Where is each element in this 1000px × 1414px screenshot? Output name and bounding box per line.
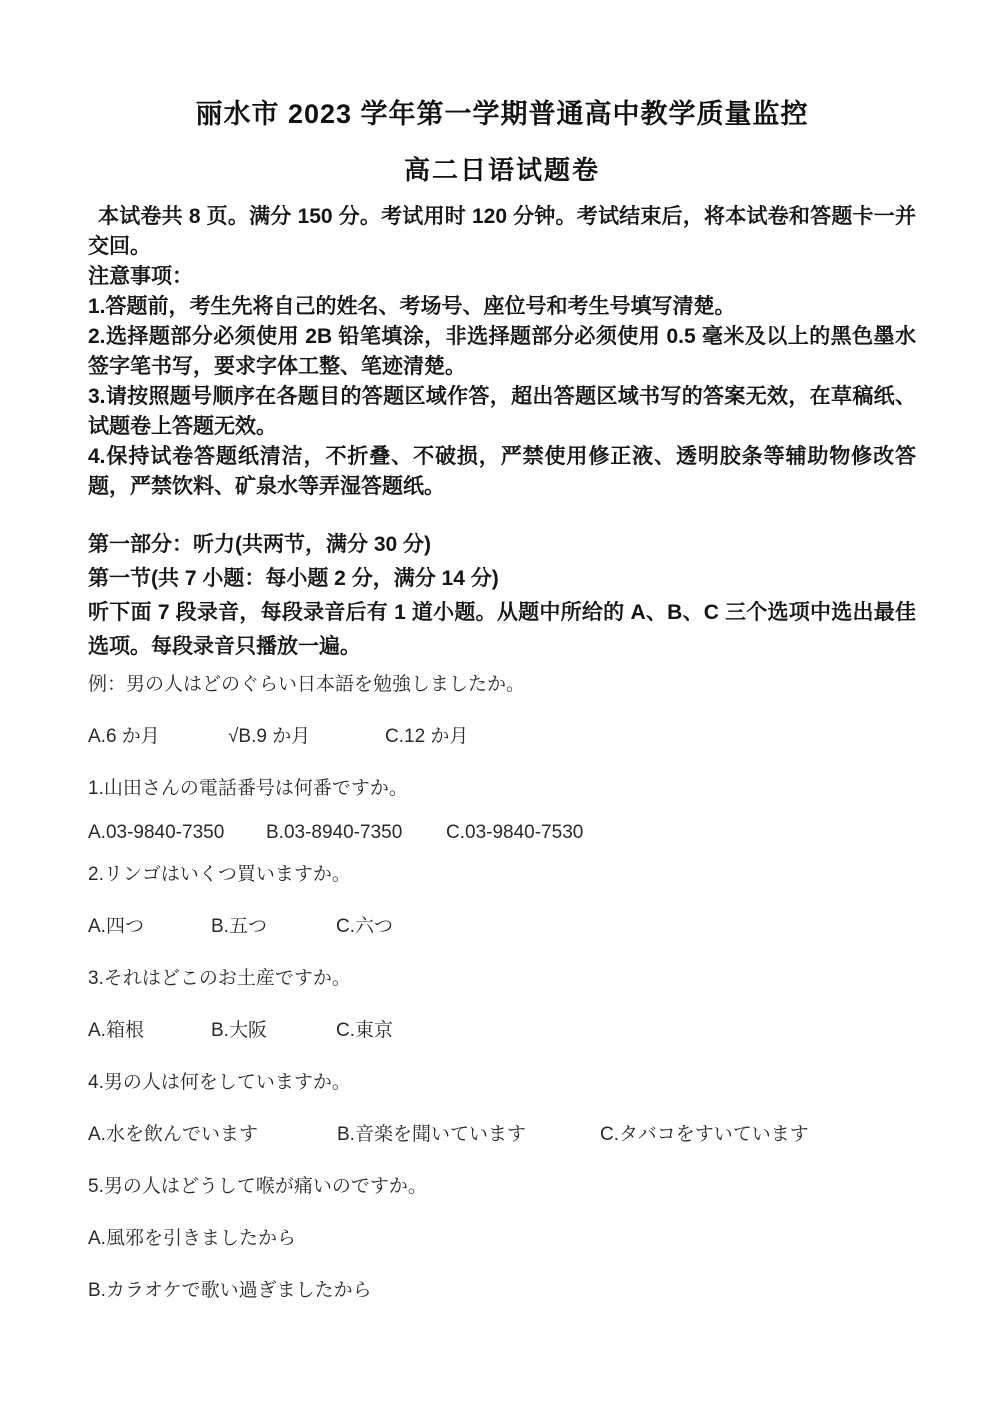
question-5-text: 5.男の人はどうして喉が痛いのですか。 xyxy=(88,1174,916,1200)
example-option-c: C.12 か月 xyxy=(385,724,468,750)
example-question-block: 例：男の人はどのぐらい日本語を勉強しましたか。 A.6 か月 √B.9 か月 C… xyxy=(88,672,916,750)
question-3-option-c: C.東京 xyxy=(336,1018,393,1044)
question-2-options: A.四つ B.五つ C.六つ xyxy=(88,914,916,940)
listening-section-header: 第一部分：听力(共两节，满分 30 分) 第一节(共 7 小题：每小题 2 分，… xyxy=(88,528,916,664)
question-5-option-a: A.風邪を引きましたから xyxy=(88,1226,916,1252)
question-2-option-a: A.四つ xyxy=(88,914,211,940)
section-instructions: 听下面 7 段录音，每段录音后有 1 道小题。从题中所给的 A、B、C 三个选项… xyxy=(88,596,916,664)
question-3-text: 3.それはどこのお土産ですか。 xyxy=(88,966,916,992)
notice-heading: 注意事项： xyxy=(88,262,916,292)
question-block-3: 3.それはどこのお土産ですか。 A.箱根 B.大阪 C.東京 xyxy=(88,966,916,1044)
question-block-2: 2.リンゴはいくつ買いますか。 A.四つ B.五つ C.六つ xyxy=(88,862,916,940)
example-option-b-checked: √B.9 か月 xyxy=(228,724,385,750)
question-3-option-b: B.大阪 xyxy=(211,1018,336,1044)
page-title: 丽水市 2023 学年第一学期普通高中教学质量监控 xyxy=(88,98,916,130)
question-1-option-a: A.03-9840-7350 xyxy=(88,820,266,846)
page-subtitle: 高二日语试题卷 xyxy=(88,154,916,186)
question-3-options: A.箱根 B.大阪 C.東京 xyxy=(88,1018,916,1044)
question-4-option-a: A.水を飲んでいます xyxy=(88,1122,337,1148)
notice-item-2: 2.选择题部分必须使用 2B 铅笔填涂，非选择题部分必须使用 0.5 毫米及以上… xyxy=(88,322,916,382)
question-block-1: 1.山田さんの電話番号は何番ですか。 A.03-9840-7350 B.03-8… xyxy=(88,776,916,846)
question-4-option-b: B.音楽を聞いています xyxy=(337,1122,600,1148)
exam-summary: 本试卷共 8 页。满分 150 分。考试用时 120 分钟。考试结束后，将本试卷… xyxy=(88,202,916,262)
subsection-heading: 第一节(共 7 小题：每小题 2 分，满分 14 分) xyxy=(88,562,916,596)
notice-item-4: 4.保持试卷答题纸清洁，不折叠、不破损，严禁使用修正液、透明胶条等辅助物修改答题… xyxy=(88,442,916,502)
question-2-text: 2.リンゴはいくつ買いますか。 xyxy=(88,862,916,888)
example-options: A.6 か月 √B.9 か月 C.12 か月 xyxy=(88,724,916,750)
question-block-4: 4.男の人は何をしていますか。 A.水を飲んでいます B.音楽を聞いています C… xyxy=(88,1070,916,1148)
question-1-options: A.03-9840-7350 B.03-8940-7350 C.03-9840-… xyxy=(88,820,916,846)
question-4-text: 4.男の人は何をしていますか。 xyxy=(88,1070,916,1096)
exam-paper-page: 丽水市 2023 学年第一学期普通高中教学质量监控 高二日语试题卷 本试卷共 8… xyxy=(0,0,1000,1414)
question-1-text: 1.山田さんの電話番号は何番ですか。 xyxy=(88,776,916,802)
example-option-a: A.6 か月 xyxy=(88,724,228,750)
question-2-option-b: B.五つ xyxy=(211,914,336,940)
question-1-option-b: B.03-8940-7350 xyxy=(266,820,446,846)
part-heading: 第一部分：听力(共两节，满分 30 分) xyxy=(88,528,916,562)
question-2-option-c: C.六つ xyxy=(336,914,393,940)
notice-item-1: 1.答题前，考生先将自己的姓名、考场号、座位号和考生号填写清楚。 xyxy=(88,292,916,322)
question-4-option-c: C.タバコをすいています xyxy=(600,1122,809,1148)
notice-item-3: 3.请按照题号顺序在各题目的答题区域作答，超出答题区域书写的答案无效，在草稿纸、… xyxy=(88,382,916,442)
question-4-options: A.水を飲んでいます B.音楽を聞いています C.タバコをすいています xyxy=(88,1122,916,1148)
question-1-option-c: C.03-9840-7530 xyxy=(446,820,583,846)
exam-notice-block: 本试卷共 8 页。满分 150 分。考试用时 120 分钟。考试结束后，将本试卷… xyxy=(88,202,916,502)
example-question: 例：男の人はどのぐらい日本語を勉強しましたか。 xyxy=(88,672,916,698)
question-block-5: 5.男の人はどうして喉が痛いのですか。 A.風邪を引きましたから B.カラオケで… xyxy=(88,1174,916,1304)
questions-area: 例：男の人はどのぐらい日本語を勉強しましたか。 A.6 か月 √B.9 か月 C… xyxy=(88,672,916,1304)
page-content: 丽水市 2023 学年第一学期普通高中教学质量监控 高二日语试题卷 本试卷共 8… xyxy=(0,0,1000,1304)
question-5-option-b: B.カラオケで歌い過ぎましたから xyxy=(88,1278,916,1304)
question-3-option-a: A.箱根 xyxy=(88,1018,211,1044)
